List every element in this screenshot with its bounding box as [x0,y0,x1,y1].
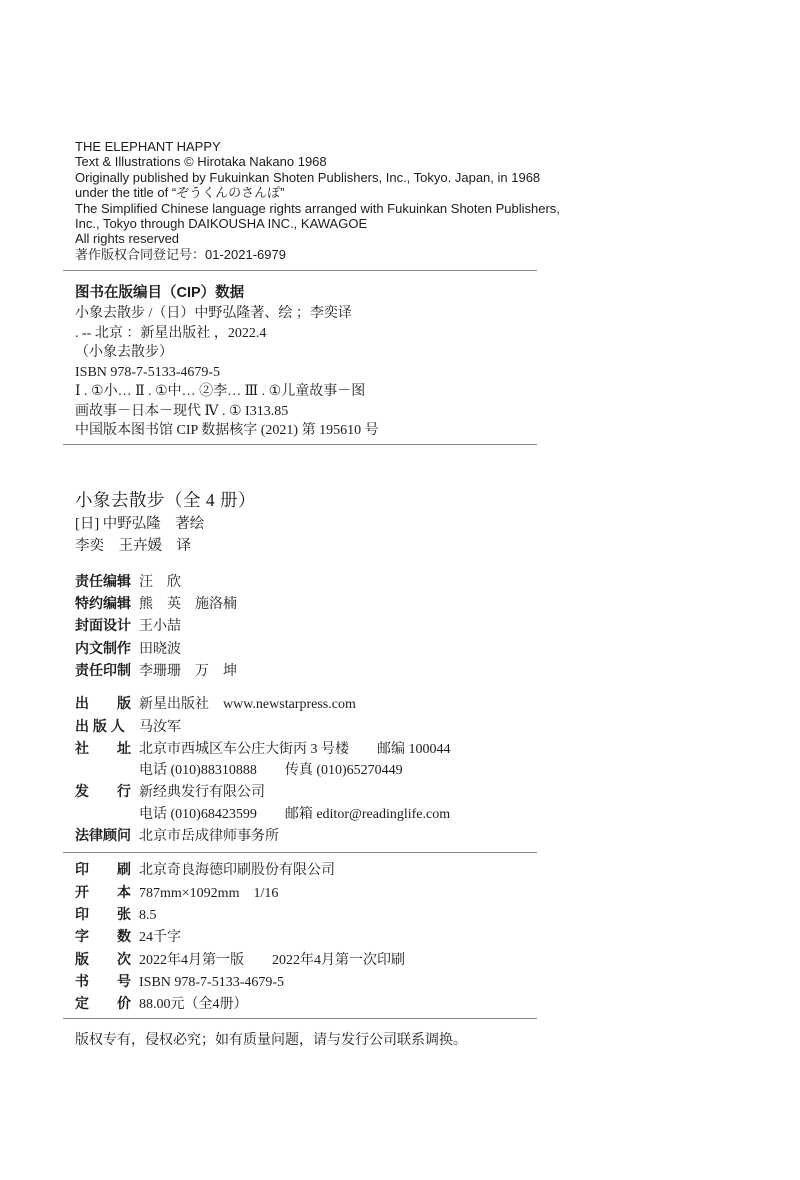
copyright-registration-line: 著作版权合同登记号：01-2021-6979 [75,247,537,262]
staff-value: 李珊珊 万 坤 [139,661,237,682]
printing-label: 开 本 [75,882,131,903]
staff-label: 封面设计 [75,615,131,636]
divider-rule [63,852,537,853]
printing-label: 书 号 [75,971,131,992]
publishing-value: 北京市岳成律师事务所 [139,826,279,847]
publishing-block: 出 版 新星出版社 www.newstarpress.com 出 版 人 马汝军… [63,693,537,847]
colophon-content: THE ELEPHANT HAPPY Text & Illustrations … [63,139,537,1049]
cip-line: （小象去散步） [75,343,537,363]
printing-label: 印 刷 [75,859,131,880]
staff-row: 责任印制 李珊珊 万 坤 [75,660,537,682]
cip-line: 画故事－日本－现代 Ⅳ . ① I313.85 [75,402,537,422]
printing-block: 印 刷 北京奇良海德印刷股份有限公司 开 本 787mm×1092mm 1/16… [63,859,537,1015]
publishing-label: 出 版 人 [75,716,131,737]
printing-row: 印 张 8.5 [75,904,537,926]
publishing-value: 马汝军 [139,717,181,738]
printing-value: ISBN 978-7-5133-4679-5 [139,972,284,993]
publishing-value: 新星出版社 www.newstarpress.com [139,694,356,715]
staff-label: 责任编辑 [75,571,131,592]
cip-line: . -- 北京 ：新星出版社 ，2022.4 [75,324,537,344]
staff-label: 责任印制 [75,660,131,681]
printing-row: 字 数 24千字 [75,926,537,948]
book-title: 小象去散步（全 4 册） [75,487,537,513]
staff-row: 封面设计 王小喆 [75,615,537,637]
publishing-label: 发 行 [75,781,131,802]
printing-value: 88.00元（全4册） [139,994,248,1015]
printing-row: 版 次 2022年4月第一版 2022年4月第一次印刷 [75,949,537,971]
publishing-row: 出 版 新星出版社 www.newstarpress.com [75,693,537,715]
copyright-line: The Simplified Chinese language rights a… [75,201,537,216]
staff-row: 特约编辑 熊 英 施洛楠 [75,593,537,615]
copyright-line: THE ELEPHANT HAPPY [75,139,537,154]
staff-block: 责任编辑 汪 欣 特约编辑 熊 英 施洛楠 封面设计 王小喆 内文制作 田晓波 … [63,571,537,682]
staff-row: 责任编辑 汪 欣 [75,571,537,593]
printing-label: 字 数 [75,926,131,947]
cip-isbn-line: ISBN 978-7-5133-4679-5 [75,363,537,383]
divider-rule [63,270,537,271]
printing-value: 2022年4月第一版 2022年4月第一次印刷 [139,950,405,971]
copyright-line: Inc., Tokyo through DAIKOUSHA INC., KAWA… [75,216,537,231]
author-line: [日] 中野弘隆 著绘 [75,513,537,535]
staff-label: 特约编辑 [75,593,131,614]
publishing-value: 新经典发行有限公司 [139,782,265,803]
cip-record-line: 中国版本图书馆 CIP 数据核字 (2021) 第 195610 号 [75,421,537,441]
copyright-line: Text & Illustrations © Hirotaka Nakano 1… [75,154,537,169]
publishing-row: 电话 (010)68423599 邮箱 editor@readinglife.c… [75,804,537,825]
publishing-value: 电话 (010)68423599 邮箱 editor@readinglife.c… [139,804,450,825]
publishing-row: 发 行 新经典发行有限公司 [75,781,537,803]
printing-value: 787mm×1092mm 1/16 [139,883,278,904]
staff-value: 田晓波 [139,639,181,660]
cip-line: Ⅰ . ①小… Ⅱ . ①中… ②李… Ⅲ . ①儿童故事－图 [75,382,537,402]
cip-block: 图书在版编目（CIP）数据 小象去散步 /（日）中野弘隆著、绘 ；李奕译 . -… [63,282,537,441]
printing-value: 北京奇良海德印刷股份有限公司 [139,860,335,881]
title-block: 小象去散步（全 4 册） [日] 中野弘隆 著绘 李奕 王卉媛 译 [63,487,537,557]
cip-line: 小象去散步 /（日）中野弘隆著、绘 ；李奕译 [75,304,537,324]
printing-row: 开 本 787mm×1092mm 1/16 [75,882,537,904]
printing-row: 定 价 88.00元（全4册） [75,993,537,1015]
staff-label: 内文制作 [75,638,131,659]
publishing-row: 社 址 北京市西城区车公庄大街丙 3 号楼 邮编 100044 [75,738,537,760]
printing-value: 8.5 [139,905,157,926]
publishing-label: 社 址 [75,738,131,759]
printing-label: 印 张 [75,904,131,925]
divider-rule [63,444,537,445]
copyright-line: Originally published by Fukuinkan Shoten… [75,170,537,185]
printing-row: 书 号 ISBN 978-7-5133-4679-5 [75,971,537,993]
printing-row: 印 刷 北京奇良海德印刷股份有限公司 [75,859,537,881]
staff-value: 熊 英 施洛楠 [139,594,237,615]
copyright-block: THE ELEPHANT HAPPY Text & Illustrations … [63,139,537,262]
publishing-row: 法律顾问 北京市岳成律师事务所 [75,825,537,847]
publishing-label: 法律顾问 [75,825,131,846]
printing-label: 版 次 [75,949,131,970]
copyright-line: under the title of “ぞうくんのさんぽ” [75,185,537,200]
publishing-row: 电话 (010)88310888 传真 (010)65270449 [75,760,537,781]
publishing-value: 北京市西城区车公庄大街丙 3 号楼 邮编 100044 [139,739,451,760]
rights-notice: 版权专有，侵权必究；如有质量问题，请与发行公司联系调换。 [63,1029,537,1049]
publishing-row: 出 版 人 马汝军 [75,716,537,738]
publishing-value: 电话 (010)88310888 传真 (010)65270449 [139,760,403,781]
translator-line: 李奕 王卉媛 译 [75,535,537,557]
cip-heading: 图书在版编目（CIP）数据 [75,282,537,304]
publishing-label: 出 版 [75,693,131,714]
divider-rule [63,1018,537,1019]
copyright-line: All rights reserved [75,231,537,246]
colophon-page: THE ELEPHANT HAPPY Text & Illustrations … [0,0,800,1180]
staff-value: 王小喆 [139,616,181,637]
printing-value: 24千字 [139,927,181,948]
staff-row: 内文制作 田晓波 [75,638,537,660]
printing-label: 定 价 [75,993,131,1014]
staff-value: 汪 欣 [139,572,181,593]
